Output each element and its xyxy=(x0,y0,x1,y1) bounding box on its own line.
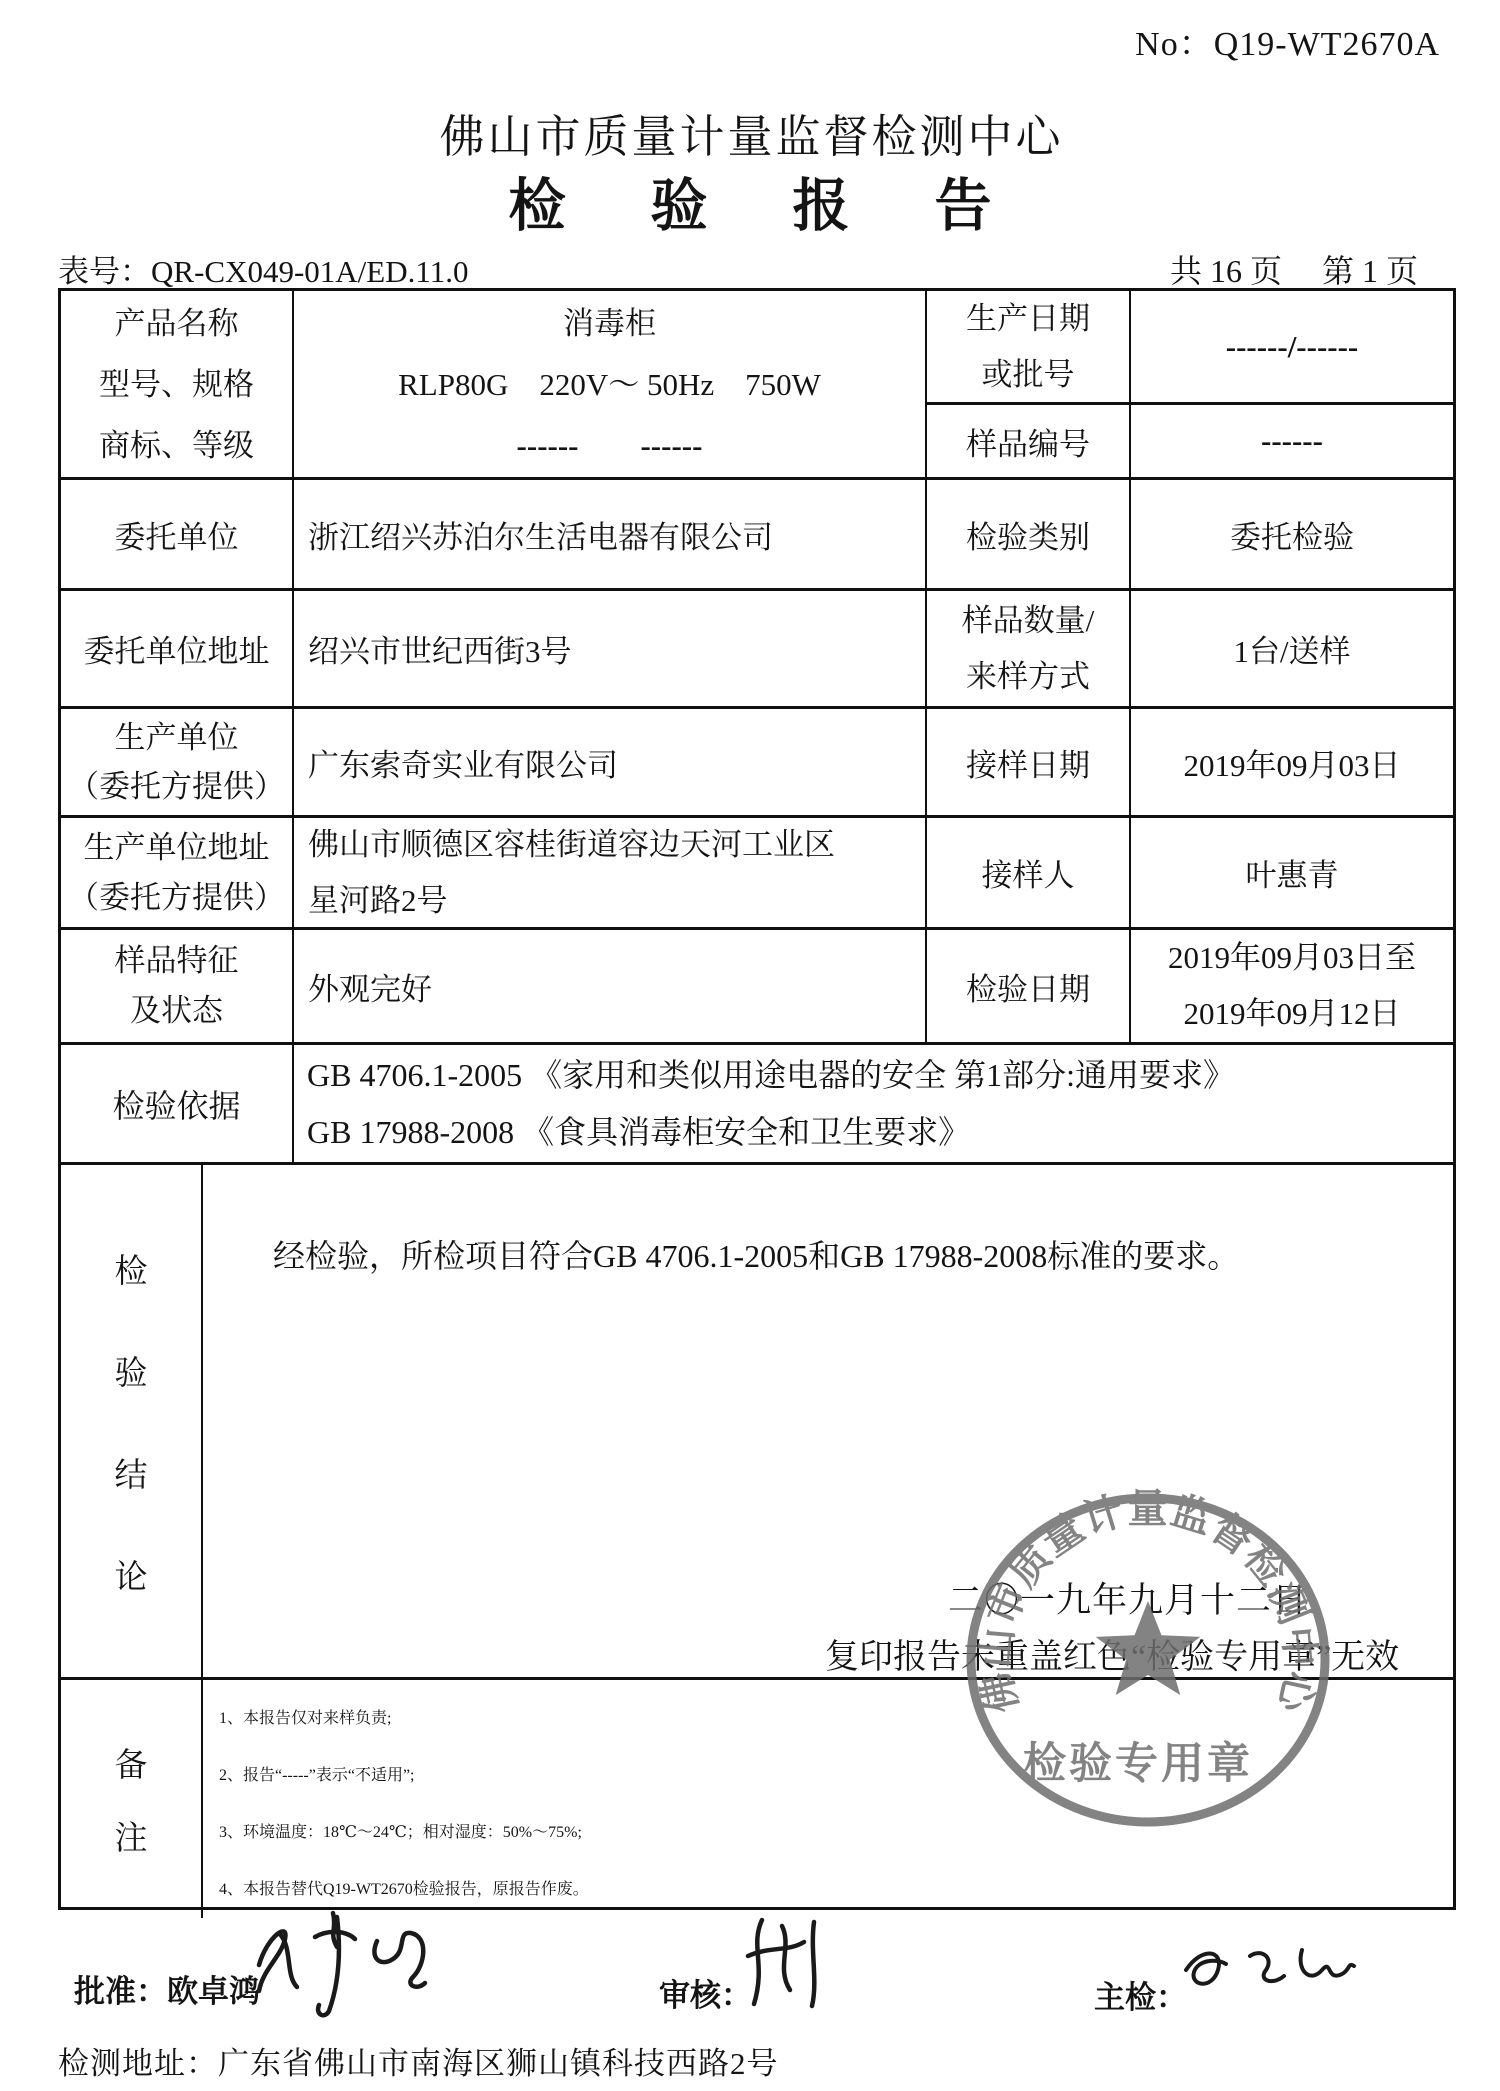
conclusion-label: 检 验 结 论 xyxy=(61,1165,203,1677)
inspection-basis-value: GB 4706.1-2005 《家用和类似用途电器的安全 第1部分:通用要求》 … xyxy=(294,1045,1453,1162)
category-value-cell: 委托检验 xyxy=(1131,480,1453,591)
testing-address: 检测地址：广东省佛山市南海区狮山镇科技西路2号 xyxy=(58,2038,779,2083)
receive-date-value-cell: 2019年09月03日 xyxy=(1131,709,1453,818)
receiver-value-cell: 叶惠青 xyxy=(1131,818,1453,930)
org-name: 佛山市质量计量监督检测中心 xyxy=(0,100,1500,165)
inspect-date-label-cell: 检验日期 xyxy=(927,930,1131,1045)
sample-number-value-cell: ------ xyxy=(1131,405,1453,480)
manufacturer-value-cell: 广东索奇实业有限公司 xyxy=(294,709,927,818)
manufacturer-address-label-cell: 生产单位地址 （委托方提供） xyxy=(61,818,294,930)
client-address-value-cell: 绍兴市世纪西街3号 xyxy=(294,591,927,709)
sample-qty-label-cell: 样品数量/ 来样方式 xyxy=(927,591,1131,709)
production-date-label-cell: 生产日期 或批号 xyxy=(927,291,1131,405)
remarks-content: 1、本报告仅对来样负责; 2、报告“-----”表示“不适用”; 3、环境温度：… xyxy=(203,1680,1453,1918)
reviewer-signature xyxy=(726,1912,876,2012)
approve-label: 批准：欧卓鸿 xyxy=(74,1966,260,2011)
inspection-report-page: No：Q19-WT2670A 佛山市质量计量监督检测中心 检 验 报 告 表号：… xyxy=(0,0,1500,2091)
form-meta-row: 表号：QR-CX049-01A/ED.11.0 共 16 页 第 1 页 xyxy=(58,246,1456,292)
sample-state-value-cell: 外观完好 xyxy=(294,930,927,1045)
remarks-row: 备 注 1、本报告仅对来样负责; 2、报告“-----”表示“不适用”; 3、环… xyxy=(61,1680,1453,1918)
inspect-date-value-cell: 2019年09月03日至 2019年09月12日 xyxy=(1131,930,1453,1045)
report-info-table: 产品名称 型号、规格 商标、等级 消毒柜 RLP80G 220V～ 50Hz 7… xyxy=(58,288,1456,1910)
report-number: No：Q19-WT2670A xyxy=(1135,16,1440,65)
client-label-cell: 委托单位 xyxy=(61,480,294,591)
approver-signature xyxy=(245,1903,445,2018)
client-address-label-cell: 委托单位地址 xyxy=(61,591,294,709)
remark-item: 3、环境温度：18℃～24℃；相对湿度：50%～75%; xyxy=(219,1804,1453,1861)
inspection-basis-row: 检验依据 GB 4706.1-2005 《家用和类似用途电器的安全 第1部分:通… xyxy=(61,1045,1453,1165)
conclusion-content: 经检验，所检项目符合GB 4706.1-2005和GB 17988-2008标准… xyxy=(203,1165,1453,1677)
manufacturer-address-value-cell: 佛山市顺德区容桂街道容边天河工业区 星河路2号 xyxy=(294,818,927,930)
production-date-value-cell: ------/------ xyxy=(1131,291,1453,405)
client-value-cell: 浙江绍兴苏泊尔生活电器有限公司 xyxy=(294,480,927,591)
receiver-label-cell: 接样人 xyxy=(927,818,1131,930)
sample-number-label-cell: 样品编号 xyxy=(927,405,1131,480)
form-number: 表号：QR-CX049-01A/ED.11.0 xyxy=(58,246,468,291)
sample-qty-value-cell: 1台/送样 xyxy=(1131,591,1453,709)
chief-inspector-signature xyxy=(1168,1928,1358,2008)
receive-date-label-cell: 接样日期 xyxy=(927,709,1131,818)
conclusion-text: 经检验，所检项目符合GB 4706.1-2005和GB 17988-2008标准… xyxy=(203,1231,1239,1277)
page-count: 共 16 页 第 1 页 xyxy=(1170,246,1456,292)
remark-item: 1、本报告仅对来样负责; xyxy=(219,1690,1453,1747)
category-label-cell: 检验类别 xyxy=(927,480,1131,591)
remark-item: 2、报告“-----”表示“不适用”; xyxy=(219,1747,1453,1804)
copy-invalid-note: 复印报告未重盖红色“检验专用章”无效 xyxy=(825,1629,1399,1678)
remarks-label: 备 注 xyxy=(61,1680,203,1918)
page-title: 检 验 报 告 xyxy=(0,160,1500,242)
manufacturer-label-cell: 生产单位 （委托方提供） xyxy=(61,709,294,818)
sample-state-label-cell: 样品特征 及状态 xyxy=(61,930,294,1045)
inspection-basis-label: 检验依据 xyxy=(61,1045,294,1162)
product-value-cell: 消毒柜 RLP80G 220V～ 50Hz 750W ------ ------ xyxy=(294,291,927,480)
product-label-cell: 产品名称 型号、规格 商标、等级 xyxy=(61,291,294,480)
conclusion-date: 二〇一九年九月十二日 xyxy=(948,1573,1308,1623)
conclusion-row: 检 验 结 论 经检验，所检项目符合GB 4706.1-2005和GB 1798… xyxy=(61,1165,1453,1680)
